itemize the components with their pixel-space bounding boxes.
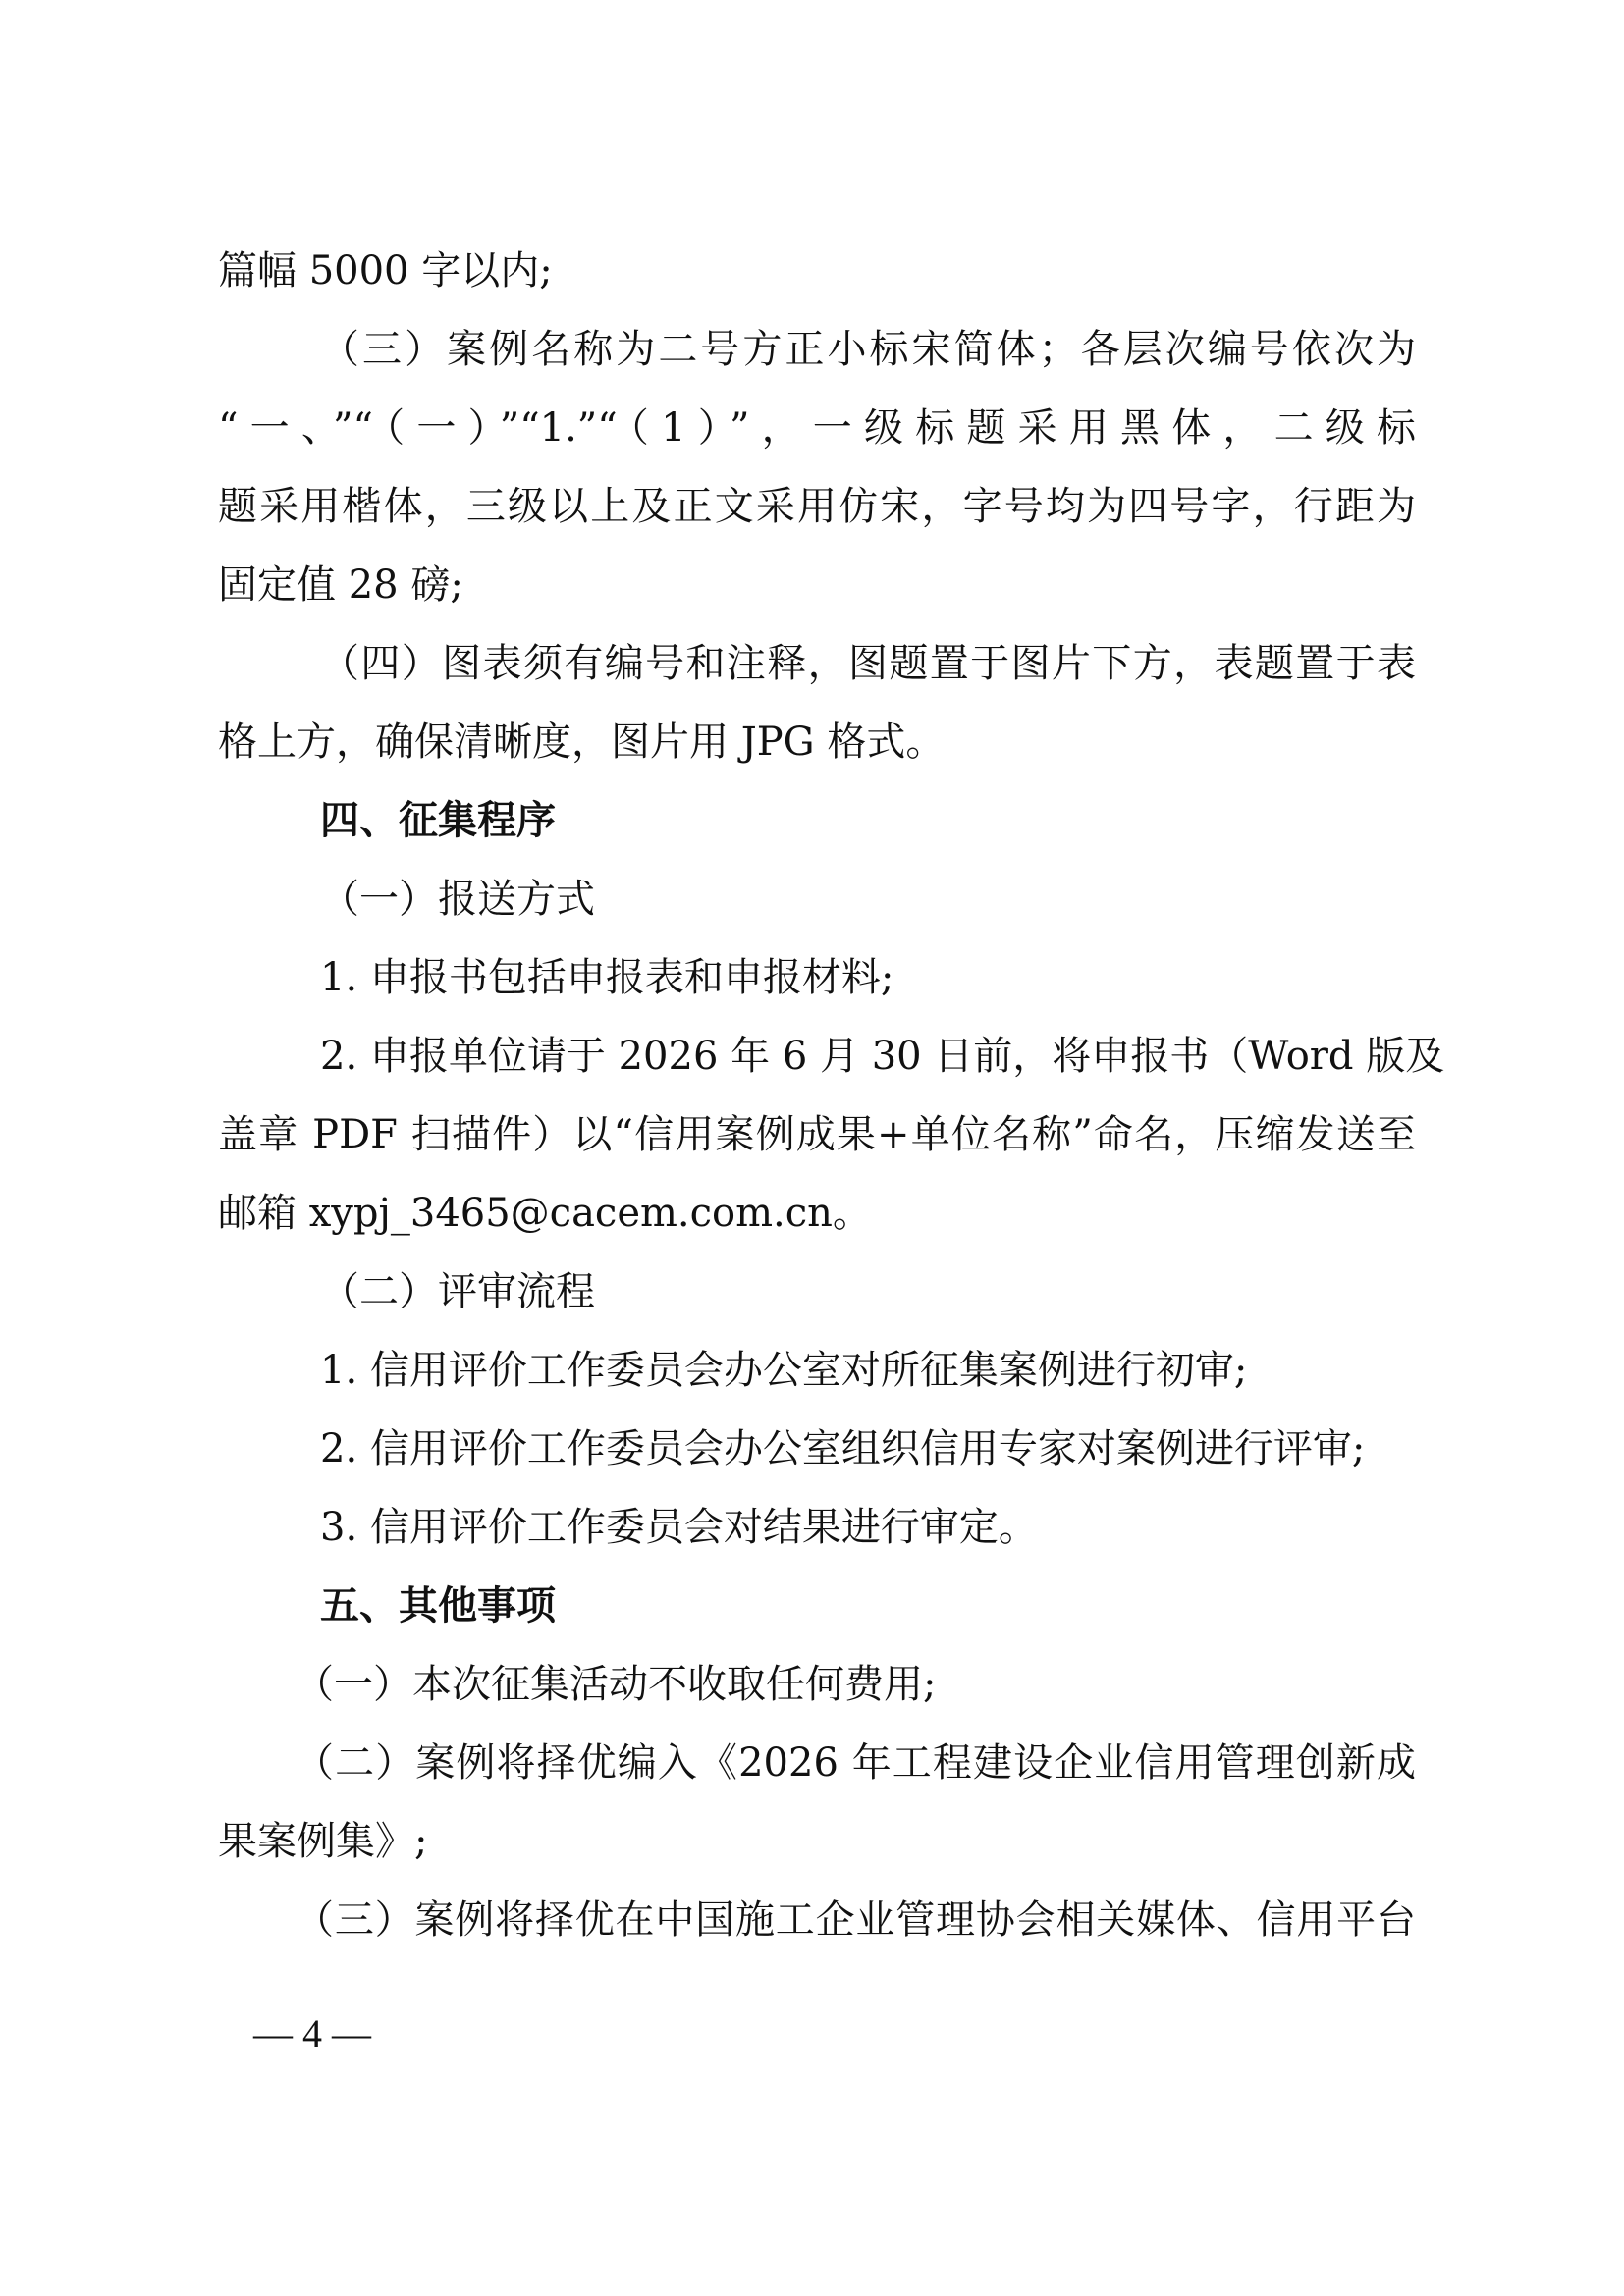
body-line: 格上方，确保清晰度，图片用 JPG 格式。 <box>218 703 1416 781</box>
email-line: 邮箱 xypj_3465@cacem.com.cn。 <box>218 1174 1416 1253</box>
section-heading: 四、征集程序 <box>218 781 1416 860</box>
body-line: “一、”“（一）”“1.”“（1）”，一级标题采用黑体，二级标 <box>218 389 1416 467</box>
list-item: 2. 信用评价工作委员会办公室组织信用专家对案例进行评审; <box>218 1410 1416 1488</box>
list-item: 1. 信用评价工作委员会办公室对所征集案例进行初审; <box>218 1331 1416 1410</box>
body-line: （一）本次征集活动不收取任何费用; <box>218 1645 1416 1724</box>
body-line: 题采用楷体，三级以上及正文采用仿宋，字号均为四号字，行距为 <box>218 467 1416 546</box>
body-line: （二）案例将择优编入《2026 年工程建设企业信用管理创新成 <box>218 1724 1416 1802</box>
body-line: （三）案例名称为二号方正小标宋简体；各层次编号依次为 <box>218 310 1416 389</box>
section-heading: 五、其他事项 <box>218 1567 1416 1645</box>
body-line: （三）案例将择优在中国施工企业管理协会相关媒体、信用平台 <box>218 1881 1416 1959</box>
body-line: 固定值 28 磅; <box>218 546 1416 624</box>
body-line: （四）图表须有编号和注释，图题置于图片下方，表题置于表 <box>218 624 1416 703</box>
document-page: 篇幅 5000 字以内; （三）案例名称为二号方正小标宋简体；各层次编号依次为 … <box>0 0 1624 2296</box>
list-item: 1. 申报书包括申报表和申报材料; <box>218 938 1416 1017</box>
body-line: 盖章 PDF 扫描件）以“信用案例成果+单位名称”命名，压缩发送至 <box>218 1095 1416 1174</box>
body-line: 篇幅 5000 字以内; <box>218 232 1416 310</box>
body-line: 果案例集》; <box>218 1802 1416 1881</box>
list-item: 3. 信用评价工作委员会对结果进行审定。 <box>218 1488 1416 1567</box>
subsection-heading: （二）评审流程 <box>218 1253 1416 1331</box>
subsection-heading: （一）报送方式 <box>218 860 1416 938</box>
document-body: 篇幅 5000 字以内; （三）案例名称为二号方正小标宋简体；各层次编号依次为 … <box>218 232 1416 1959</box>
list-item: 2. 申报单位请于 2026 年 6 月 30 日前，将申报书（Word 版及 <box>218 1017 1416 1095</box>
page-number: — 4 — <box>253 2010 371 2056</box>
